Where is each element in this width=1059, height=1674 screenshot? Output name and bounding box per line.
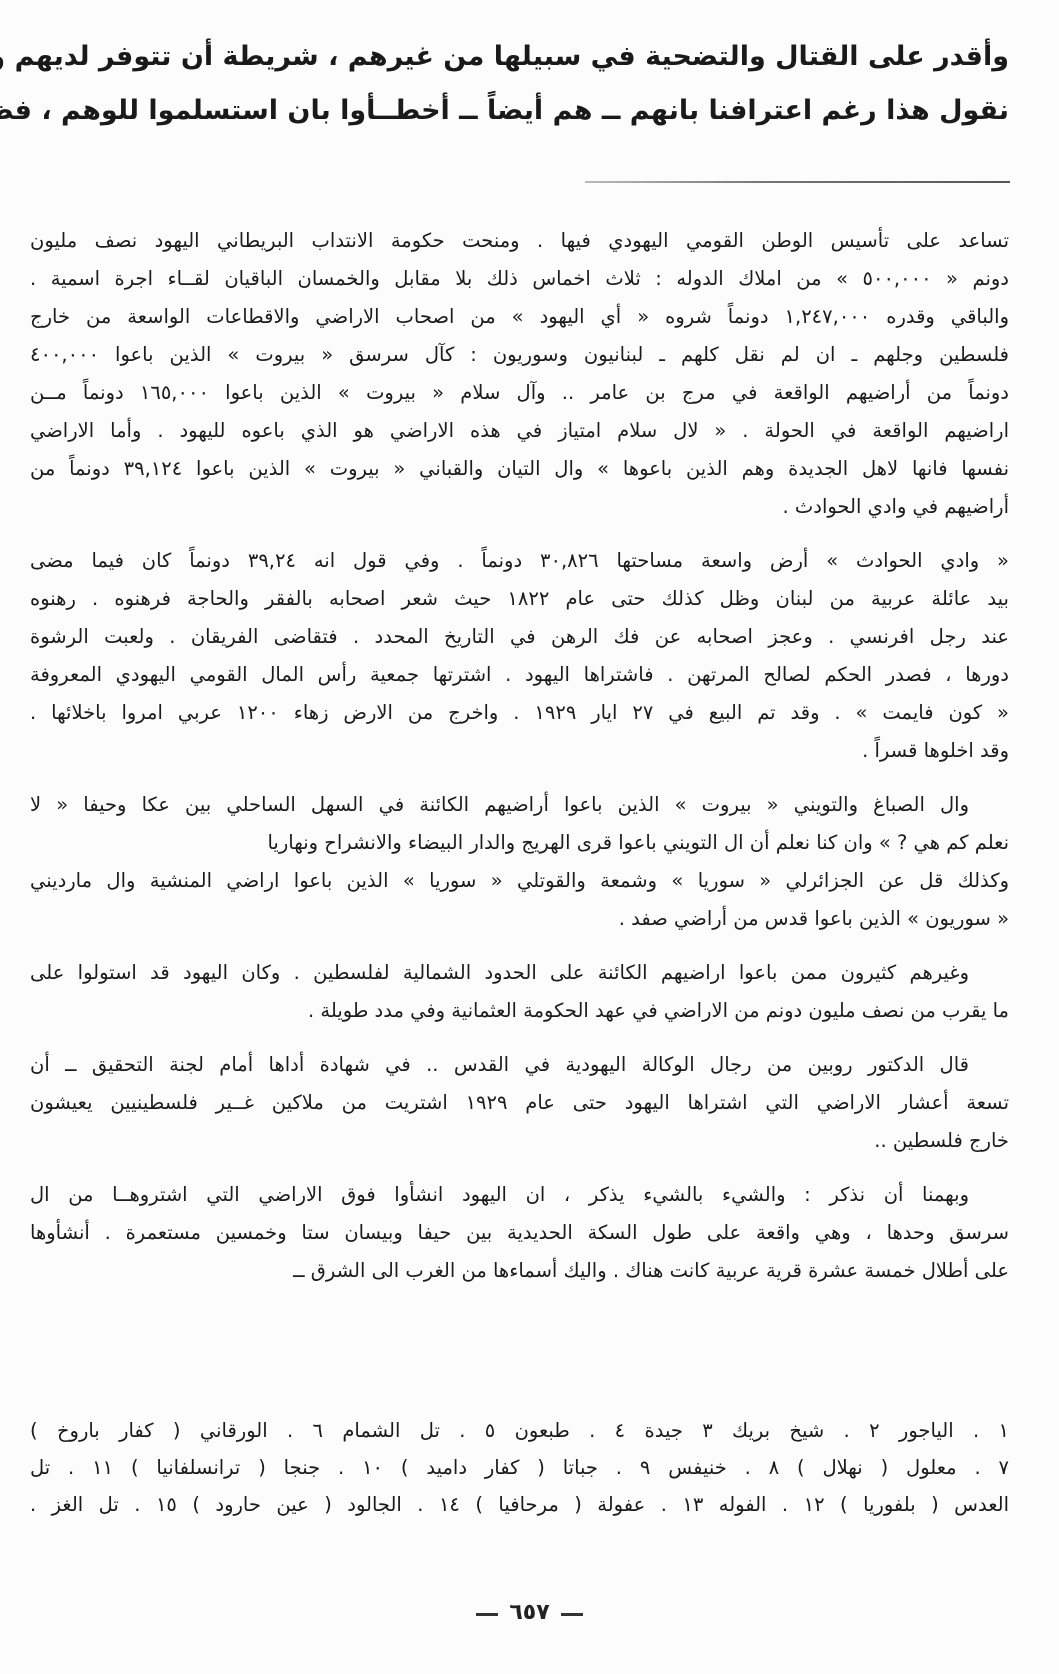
- text-line: « وادي الحوادث » أرض واسعة مساحتها ٣٠,٨٢…: [30, 542, 1009, 580]
- text-line: خارج فلسطين ..: [30, 1122, 1009, 1160]
- paragraph-2: « وادي الحوادث » أرض واسعة مساحتها ٣٠,٨٢…: [30, 542, 1009, 770]
- text-line: قال الدكتور روبين من رجال الوكالة اليهود…: [30, 1046, 1009, 1084]
- top-continuation-text: وأقدر على القتال والتضحية في سبيلها من غ…: [40, 30, 1009, 138]
- text-line: دونماً من أراضيهم الواقعة في مرج بن عامر…: [30, 374, 1009, 412]
- text-line: نعلم كم هي ? » وان كنا نعلم أن ال التوين…: [30, 824, 1009, 862]
- top-line-1: وأقدر على القتال والتضحية في سبيلها من غ…: [40, 30, 1009, 84]
- text-line: والباقي وقدره ١,٢٤٧,٠٠٠ دونماً شروه « أي…: [30, 298, 1009, 336]
- text-line: وقد اخلوها قسراً .: [30, 732, 1009, 770]
- body-text: تساعد على تأسيس الوطن القومي اليهودي فيه…: [30, 222, 1009, 1306]
- text-line: سرسق وحدها ، وهي واقعة على طول السكة الح…: [30, 1214, 1009, 1252]
- paragraph-5: قال الدكتور روبين من رجال الوكالة اليهود…: [30, 1046, 1009, 1160]
- text-line: تسعة أعشار الاراضي التي اشتراها اليهود ح…: [30, 1084, 1009, 1122]
- page-number: ٦٥٧: [509, 1600, 549, 1625]
- paragraph-3: وال الصباغ والتويني « بيروت » الذين باعو…: [30, 786, 1009, 938]
- paragraph-6: وبهمنا أن نذكر : والشيء بالشيء يذكر ، ان…: [30, 1176, 1009, 1290]
- text-line: دورها ، فصدر الحكم لصالح المرتهن . فاشتر…: [30, 656, 1009, 694]
- paragraph-4: وغيرهم كثيرون ممن باعوا اراضيهم الكائنة …: [30, 954, 1009, 1030]
- text-line: ما يقرب من نصف مليون دونم من الاراضي في …: [30, 992, 1009, 1030]
- text-line: اراضيهم الواقعة في الحولة . « لال سلام ا…: [30, 412, 1009, 450]
- text-line: « كون فايمت » . وقد تم البيع في ٢٧ ايار …: [30, 694, 1009, 732]
- village-list-line: ٧ . معلول ( نهلال ) ٨ . خنيفس ٩ . جباتا …: [30, 1449, 1009, 1486]
- text-line: نفسها فانها لاهل الجديدة وهم الذين باعوه…: [30, 450, 1009, 488]
- text-line: عند رجل افرنسي . وعجز اصحابه عن فك الرهن…: [30, 618, 1009, 656]
- text-line: وغيرهم كثيرون ممن باعوا اراضيهم الكائنة …: [30, 954, 1009, 992]
- paragraph-1: تساعد على تأسيس الوطن القومي اليهودي فيه…: [30, 222, 1009, 526]
- village-list-line: ١ . الياجور ٢ . شيخ بريك ٣ جيدة ٤ . طبعو…: [30, 1412, 1009, 1449]
- village-list-line: العدس ( بلفوريا ) ١٢ . الفوله ١٣ . عفولة…: [30, 1486, 1009, 1523]
- text-line: بيد عائلة عربية من لبنان وظل كذلك حتى عا…: [30, 580, 1009, 618]
- text-line: أراضيهم في وادي الحوادث .: [30, 488, 1009, 526]
- text-line: تساعد على تأسيس الوطن القومي اليهودي فيه…: [30, 222, 1009, 260]
- text-line: وال الصباغ والتويني « بيروت » الذين باعو…: [30, 786, 1009, 824]
- text-line: وكذلك قل عن الجزائرلي « سوريا » وشمعة وا…: [30, 862, 1009, 900]
- text-line: على أطلال خمسة عشرة قرية عربية كانت هناك…: [30, 1252, 1009, 1290]
- top-line-2: نقول هذا رغم اعترافنا بانهم ــ هم أيضاً …: [40, 84, 1009, 138]
- dash-decoration: [476, 1613, 498, 1616]
- text-line: « سوريون » الذين باعوا قدس من أراضي صفد …: [30, 900, 1009, 938]
- text-line: فلسطين وجلهم ـ ان لم نقل كلهم ـ لبنانيون…: [30, 336, 1009, 374]
- section-separator-rule: [585, 181, 1010, 183]
- page-footer: ٦٥٧: [0, 1600, 1059, 1625]
- village-list: ١ . الياجور ٢ . شيخ بريك ٣ جيدة ٤ . طبعو…: [30, 1412, 1009, 1523]
- text-line: دونم « ٥٠٠,٠٠٠ » من املاك الدوله : ثلاث …: [30, 260, 1009, 298]
- dash-decoration: [561, 1613, 583, 1616]
- book-page: وأقدر على القتال والتضحية في سبيلها من غ…: [0, 0, 1059, 1674]
- text-line: وبهمنا أن نذكر : والشيء بالشيء يذكر ، ان…: [30, 1176, 1009, 1214]
